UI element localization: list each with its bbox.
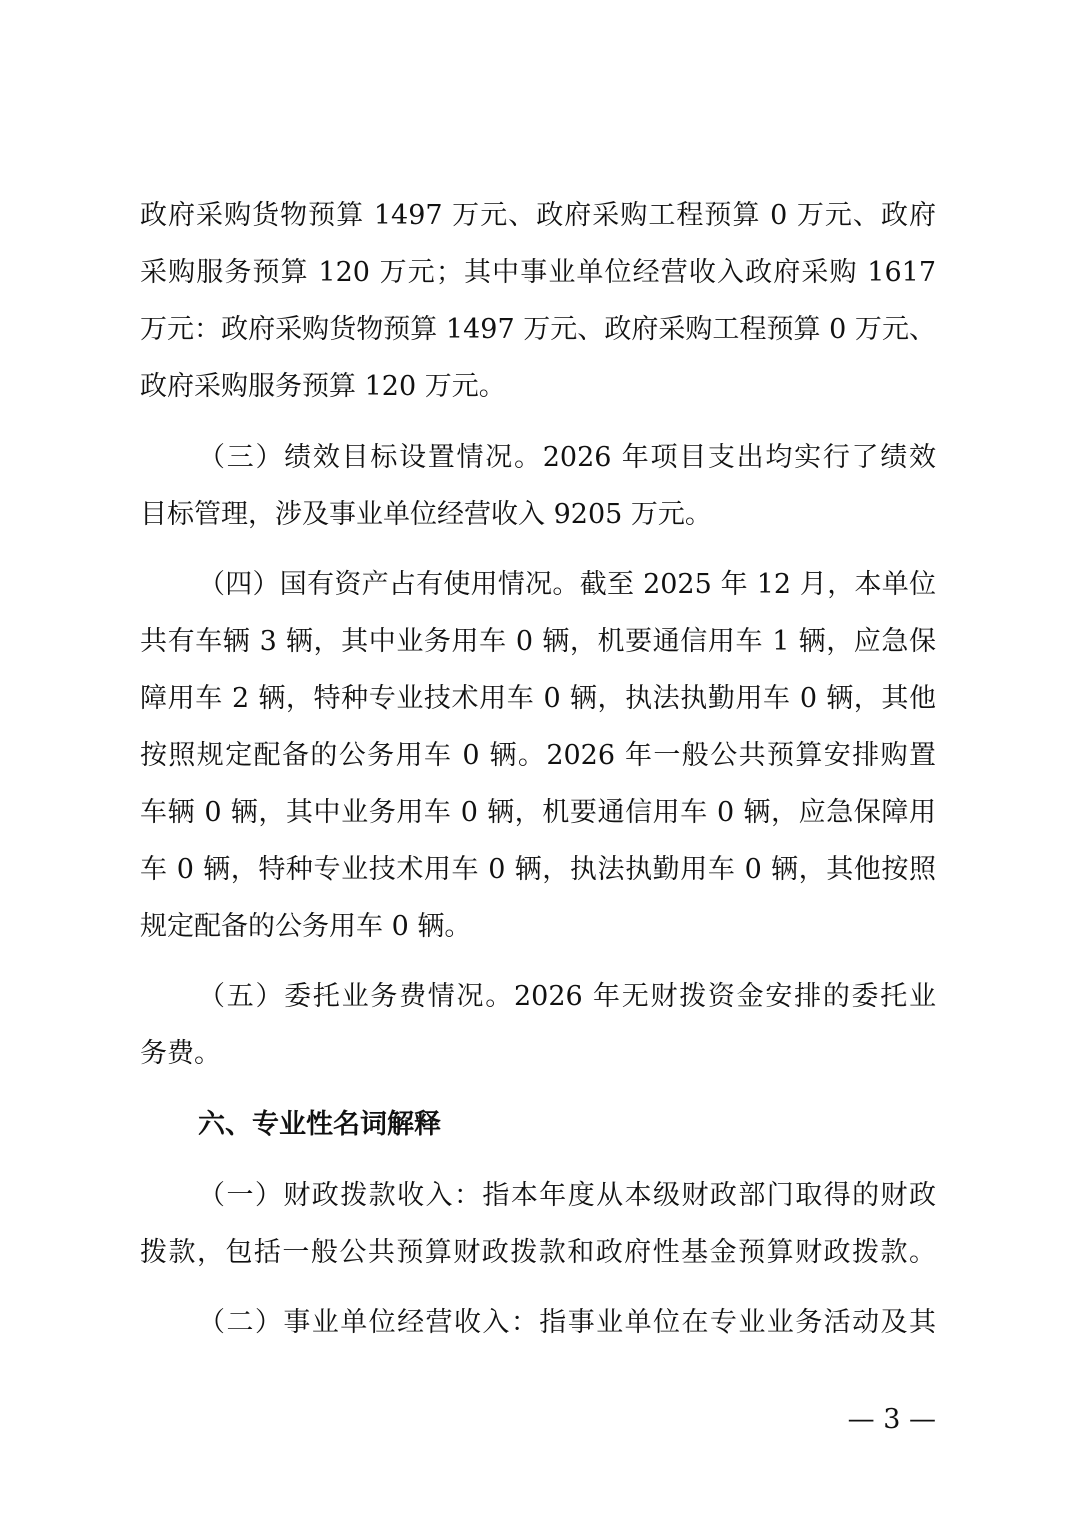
paragraph-line: 政府采购服务预算 120 万元。	[140, 369, 936, 405]
paragraph-line: 车 0 辆，特种专业技术用车 0 辆，执法执勤用车 0 辆，其他按照	[140, 852, 936, 888]
paragraph-line: （五）委托业务费情况。2026 年无财拨资金安排的委托业	[198, 979, 936, 1015]
paragraph-line: 车辆 0 辆，其中业务用车 0 辆，机要通信用车 0 辆，应急保障用	[140, 795, 936, 831]
paragraph-line: 目标管理，涉及事业单位经营收入 9205 万元。	[140, 497, 936, 533]
paragraph-line: 万元：政府采购货物预算 1497 万元、政府采购工程预算 0 万元、	[140, 312, 936, 348]
paragraph-line: 采购服务预算 120 万元；其中事业单位经营收入政府采购 1617	[140, 255, 936, 291]
document-page: 政府采购货物预算 1497 万元、政府采购工程预算 0 万元、政府 采购服务预算…	[0, 0, 1074, 1520]
definition-line: 拨款，包括一般公共预算财政拨款和政府性基金预算财政拨款。	[140, 1235, 936, 1271]
paragraph-line: 政府采购货物预算 1497 万元、政府采购工程预算 0 万元、政府	[140, 198, 936, 234]
paragraph-line: 共有车辆 3 辆，其中业务用车 0 辆，机要通信用车 1 辆，应急保	[140, 624, 936, 660]
paragraph-line: （四）国有资产占有使用情况。截至 2025 年 12 月，本单位	[198, 567, 936, 603]
paragraph-line: （三）绩效目标设置情况。2026 年项目支出均实行了绩效	[198, 440, 936, 476]
definition-line: （一）财政拨款收入：指本年度从本级财政部门取得的财政	[198, 1178, 936, 1214]
page-number: — 3 —	[848, 1402, 936, 1438]
paragraph-line: 障用车 2 辆，特种专业技术用车 0 辆，执法执勤用车 0 辆，其他	[140, 681, 936, 717]
definition-line: （二）事业单位经营收入：指事业单位在专业业务活动及其	[198, 1305, 936, 1341]
section-heading: 六、专业性名词解释	[198, 1107, 441, 1143]
paragraph-line: 按照规定配备的公务用车 0 辆。2026 年一般公共预算安排购置	[140, 738, 936, 774]
paragraph-line: 务费。	[140, 1036, 936, 1072]
paragraph-line: 规定配备的公务用车 0 辆。	[140, 909, 936, 945]
